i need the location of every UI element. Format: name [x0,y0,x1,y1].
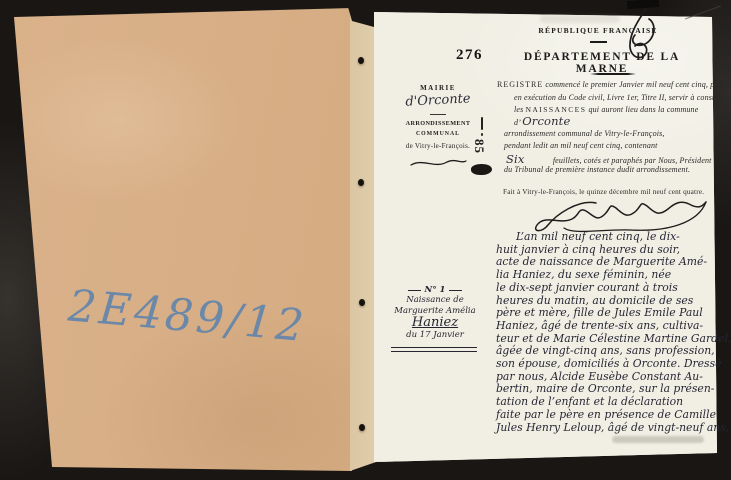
communal-label: COMMUNAL [396,131,480,137]
registre-word: REGISTRE [497,80,543,89]
registre-line-6: pendant ledit an mil neuf cent cinq, con… [504,141,658,150]
act-line: tation de l’enfant et la déclaration [496,396,717,409]
register-number: 276 [456,47,483,64]
stitch-hole [358,179,364,186]
feuillets-count-handwriting: Six [506,152,525,166]
naissances-caps: NAISSANCES [526,105,587,114]
commune-handwriting: d'Orconte [396,91,481,110]
act-number-row: N° 1 [391,285,479,295]
margin-flourish [407,157,469,169]
ink-bleed-smudge [612,436,704,443]
stitch-hole [359,424,365,431]
president-paraph-flourish [608,6,660,64]
departement-title: DÉPARTEMENT DE LA MARNE [503,51,701,75]
margin-note-line: Naissance de [391,295,479,306]
act-line: Haniez, âgé de trente-six ans, cultiva- [496,320,717,333]
dash [408,290,421,291]
registre-line-3: les NAISSANCES qui auront lieu dans la c… [514,105,698,114]
act-line: lia Haniez, du sexe féminin, née [496,269,717,282]
margin-note-line: du 17 Janvier [391,330,479,341]
margin-note-surname: Haniez [391,316,479,330]
registre-text: feuillets, cotés et paraphés par Nous, P… [553,156,712,165]
margin-act-note: N° 1 Naissance de Marguerite Amélia Hani… [391,285,479,352]
act-handwritten-body: L’an mil neuf cent cinq, le dix- huit ja… [496,231,717,434]
dash [449,290,462,291]
scanned-register-spread: 2E489/12 RÉPUBLIQUE FRANÇAISE 276 DÉPART… [0,0,731,480]
registre-text: d’ [514,118,520,127]
ville-label: de Vitry-le-François. [396,142,480,150]
title-divider [590,73,636,75]
act-line: le dix-sept janvier courant à trois [496,282,717,295]
small-divider [430,114,446,115]
margin-note-rule [391,347,477,352]
act-line: L’an mil neuf cent cinq, le dix- [496,231,717,244]
registre-line-7: Six feuillets, cotés et paraphés par Nou… [506,152,712,166]
registre-line-8: du Tribunal de première instance dudit a… [504,165,690,174]
commune-fillin-handwriting: Orconte [522,114,570,128]
act-line: faite par le père en présence de Camille [496,409,717,422]
arrondissement-label: ARRONDISSEMENT [396,120,480,127]
act-line: Jules Henry Leloup, âgé de vingt-neuf an… [496,422,717,435]
stitch-hole [359,299,365,306]
registre-line-2: en exécution du Code civil, Livre 1er, T… [514,93,728,102]
registre-text: qui auront lieu dans la commune [589,105,699,114]
folio-number-text: 85 [471,139,487,157]
folio-number-rotated: 85 [470,140,488,166]
registre-text: commencé le premier Janvier mil neuf cen… [545,80,727,89]
header-divider [590,41,607,43]
act-index: N° 1 [425,285,446,295]
stitch-hole [358,57,364,64]
mairie-margin-block: MAIRIE d'Orconte ARRONDISSEMENT COMMUNAL… [396,84,480,174]
registre-line-5: arrondissement communal de Vitry-le-Fran… [504,129,665,138]
registre-line-4: d’ Orconte [514,114,570,128]
act-line: son épouse, domiciliés à Orconte. Dressé [496,358,717,371]
pen-mark [481,117,483,130]
registre-line-1: REGISTRE commencé le premier Janvier mil… [497,80,727,89]
pen-mark-dot [481,133,483,136]
registre-text: les [514,105,523,114]
